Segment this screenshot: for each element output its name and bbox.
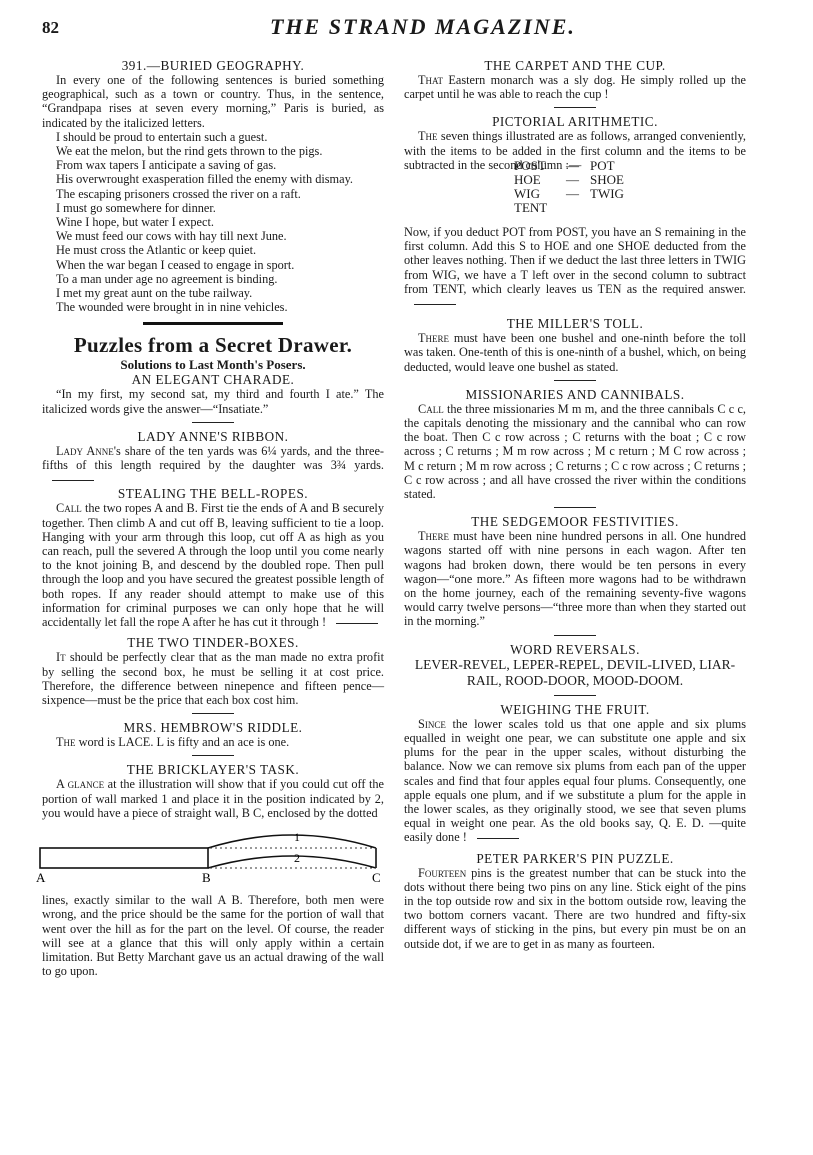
section-title-fruit: WEIGHING THE FRUIT. [404, 702, 746, 717]
wall-illustration: 1 2 A B C [34, 826, 384, 886]
section-title-sedgemoor: THE SEDGEMOOR FESTIVITIES. [404, 514, 746, 529]
tinder-boxes-body: It should be perfectly clear that as the… [42, 650, 384, 707]
buried-sentence: The wounded were brought in in nine vehi… [42, 300, 384, 314]
arithmetic-dash: — [566, 173, 590, 187]
section-title-bricklayer: THE BRICKLAYER'S TASK. [42, 762, 384, 777]
divider [554, 635, 596, 636]
right-column: THE CARPET AND THE CUP. That Eastern mon… [404, 58, 746, 951]
page-number: 82 [42, 18, 59, 38]
divider [554, 107, 596, 108]
section-title-arithmetic: PICTORIAL ARITHMETIC. [404, 114, 746, 129]
buried-sentence: We must feed our cows with hay till next… [42, 229, 384, 243]
wall-label-2: 2 [294, 851, 300, 865]
section-title-buried-geography: 391.—BURIED GEOGRAPHY. [42, 58, 384, 73]
buried-sentence: I met my great aunt on the tube railway. [42, 286, 384, 300]
section-divider [143, 322, 283, 325]
arithmetic-sub: POT [590, 159, 650, 173]
arithmetic-conclusion: Now, if you deduct POT from POST, you ha… [404, 225, 746, 310]
buried-sentence: His overwrought exasperation filled the … [42, 172, 384, 186]
divider [554, 507, 596, 508]
wall-label-b: B [202, 870, 211, 885]
buried-sentence: From wax tapers I anticipate a saving of… [42, 158, 384, 172]
arithmetic-sub: SHOE [590, 173, 650, 187]
missionaries-body: Call the three missionaries M m m, and t… [404, 402, 746, 501]
running-head: THE STRAND MAGAZINE. [270, 14, 576, 40]
section-title-bell-ropes: STEALING THE BELL-ROPES. [42, 486, 384, 501]
section-title-ribbon: LADY ANNE'S RIBBON. [42, 429, 384, 444]
arithmetic-sub: TWIG [590, 187, 650, 201]
section-title-carpet: THE CARPET AND THE CUP. [404, 58, 746, 73]
arithmetic-dash [566, 201, 590, 215]
sedgemoor-body: There must have been nine hundred person… [404, 529, 746, 628]
arithmetic-sub [590, 201, 650, 215]
section-title-reversals: WORD REVERSALS. [404, 642, 746, 657]
section-title-pins: PETER PARKER'S PIN PUZZLE. [404, 851, 746, 866]
divider [192, 755, 234, 756]
feature-title: Puzzles from a Secret Drawer. [42, 333, 384, 357]
bricklayer-body: A glance at the illustration will show t… [42, 777, 384, 820]
buried-sentence: To a man under age no agreement is bindi… [42, 272, 384, 286]
section-title-tinder-boxes: THE TWO TINDER-BOXES. [42, 635, 384, 650]
divider [554, 695, 596, 696]
section-title-hembrow: MRS. HEMBROW'S RIDDLE. [42, 720, 384, 735]
section-title-charade: AN ELEGANT CHARADE. [42, 372, 384, 387]
arithmetic-table: POST—POTHOE—SHOEWIG—TWIGTENT [514, 159, 746, 215]
left-column: 391.—BURIED GEOGRAPHY. In every one of t… [42, 58, 384, 978]
bricklayer-continuation: lines, exactly similar to the wall A B. … [42, 893, 384, 978]
arithmetic-dash: — [566, 159, 590, 173]
ribbon-body: Lady Anne's share of the ten yards was 6… [42, 444, 384, 487]
page-header: 82 THE STRAND MAGAZINE. [42, 10, 787, 40]
buried-sentence: I must go somewhere for dinner. [42, 201, 384, 215]
fruit-body: Since the lower scales told us that one … [404, 717, 746, 845]
section-title-miller: THE MILLER'S TOLL. [404, 316, 746, 331]
wall-label-1: 1 [294, 830, 300, 844]
bell-ropes-body: Call the two ropes A and B. First tie th… [42, 501, 384, 629]
buried-sentence: We eat the melon, but the rind gets thro… [42, 144, 384, 158]
charade-body: “In my first, my second sat, my third an… [42, 387, 384, 415]
buried-geography-intro: In every one of the following sentences … [42, 73, 384, 130]
wall-label-c: C [372, 870, 381, 885]
arithmetic-add: POST [514, 159, 566, 173]
arithmetic-add: HOE [514, 173, 566, 187]
buried-sentence: The escaping prisoners crossed the river… [42, 187, 384, 201]
buried-sentence: When the war began I ceased to engage in… [42, 258, 384, 272]
arithmetic-add: TENT [514, 201, 566, 215]
buried-sentence: Wine I hope, but water I expect. [42, 215, 384, 229]
feature-subtitle: Solutions to Last Month's Posers. [42, 357, 384, 372]
divider [554, 380, 596, 381]
divider [192, 422, 234, 423]
buried-sentence: I should be proud to entertain such a gu… [42, 130, 384, 144]
arithmetic-add: WIG [514, 187, 566, 201]
divider [192, 713, 234, 714]
section-title-missionaries: MISSIONARIES AND CANNIBALS. [404, 387, 746, 402]
arithmetic-dash: — [566, 187, 590, 201]
pins-body: Fourteen pins is the greatest number tha… [404, 866, 746, 951]
buried-geography-sentences: I should be proud to entertain such a gu… [42, 130, 384, 315]
buried-sentence: He must cross the Atlantic or keep quiet… [42, 243, 384, 257]
miller-body: There must have been one bushel and one-… [404, 331, 746, 374]
wall-label-a: A [36, 870, 46, 885]
hembrow-body: The word is LACE. L is fifty and an ace … [42, 735, 384, 749]
reversals-body: LEVER-REVEL, LEPER-REPEL, DEVIL-LIVED, L… [404, 657, 746, 689]
carpet-body: That Eastern monarch was a sly dog. He s… [404, 73, 746, 101]
